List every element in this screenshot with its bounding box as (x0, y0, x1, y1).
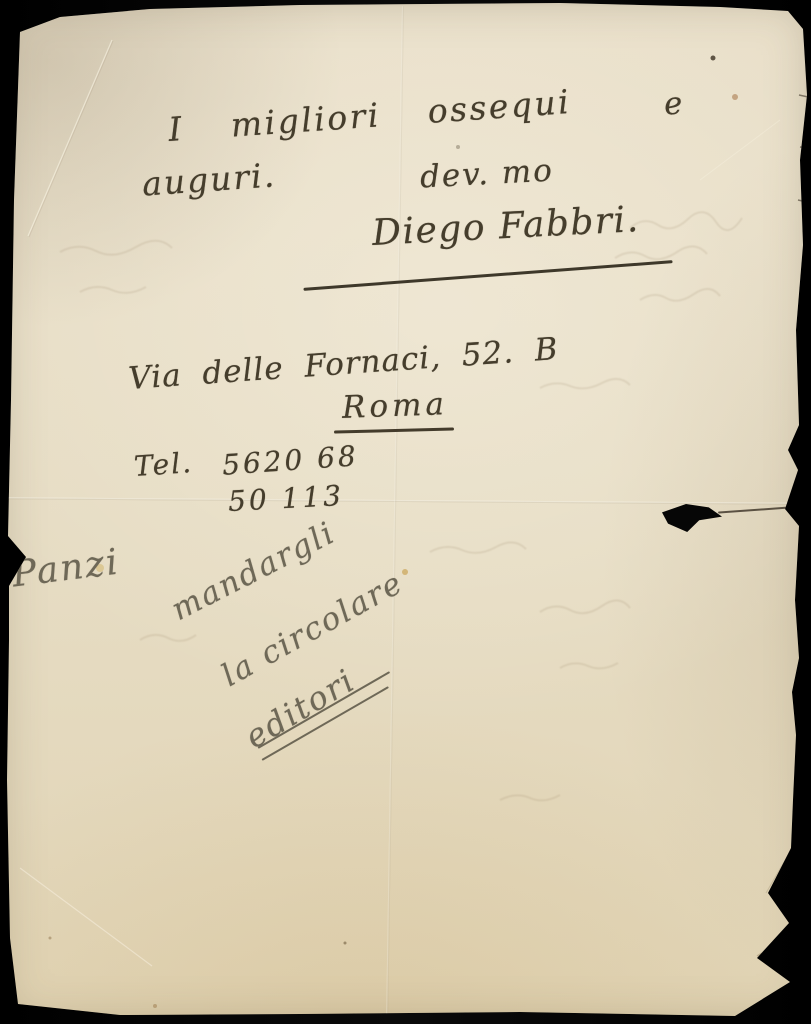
greeting-line-1: I migliori ossequi (167, 82, 572, 149)
horizontal-fold-crease (8, 497, 794, 504)
greeting-line-2: auguri. (141, 155, 278, 203)
scanned-document: I migliori ossequi e auguri. dev. mo Die… (0, 0, 811, 1024)
vertical-fold-crease (386, 6, 404, 1014)
phone-number-1: 5620 68 (221, 439, 360, 481)
street-address: Via delle Fornaci, 52. B (127, 331, 559, 397)
pencil-note-name: Panzi (10, 542, 122, 596)
edge-tears (798, 95, 808, 202)
greeting-conjunction: e (662, 85, 683, 122)
city-underline (334, 427, 454, 433)
valediction: dev. mo (419, 153, 554, 196)
letter-paper: I migliori ossequi e auguri. dev. mo Die… (0, 0, 811, 1024)
phone-number-2: 50 113 (227, 479, 345, 518)
phone-label: Tel. (133, 446, 194, 483)
signature-underline (303, 260, 672, 290)
tear-crack-line (718, 506, 790, 513)
signature: Diego Fabbri. (371, 199, 640, 254)
ghost-writing (60, 212, 742, 800)
city: Roma (341, 386, 448, 426)
tear-hole (662, 504, 722, 532)
